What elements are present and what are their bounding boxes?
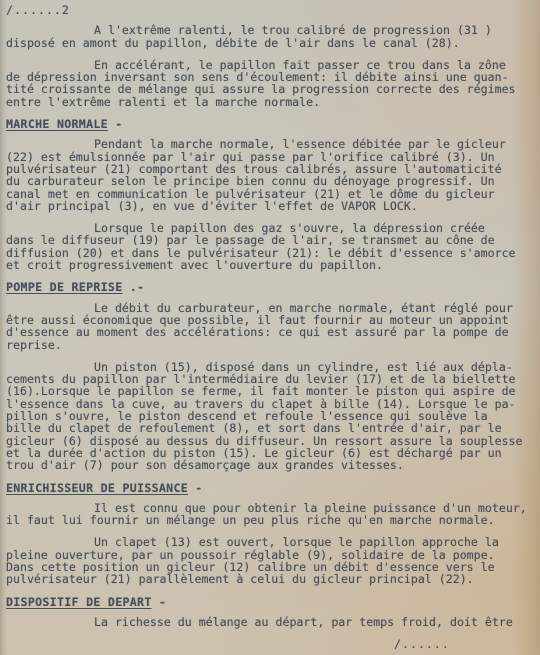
heading-marche-normale-label: MARCHE NORMALE [6,117,108,131]
heading-enrichisseur-de-puissance-dash: - [195,481,202,495]
paragraph-acceleration-progression: En accélérant, le papillon fait passer c… [6,59,534,108]
paragraph-piston-cylindre: Un piston (15), disposé dans un cylindre… [6,361,534,472]
heading-dispositif-de-depart-label: DISPOSITIF DE DEPART [6,595,152,609]
heading-enrichisseur-de-puissance: ENRICHISSEUR DE PUISSANCE - [6,482,534,494]
paragraph-extreme-ralenti: A l'extrême ralenti, le trou calibré de … [6,24,534,49]
heading-pompe-de-reprise: POMPE DE REPRISE .- [6,281,534,293]
paragraph-pleine-puissance: Il est connu que pour obtenir la pleine … [6,502,534,527]
heading-enrichisseur-de-puissance-label: ENRICHISSEUR DE PUISSANCE [6,481,188,495]
page-continuation-marker-bottom: /...... [6,638,534,650]
heading-pompe-de-reprise-label: POMPE DE REPRISE [6,280,122,294]
heading-marche-normale: MARCHE NORMALE - [6,118,534,130]
paragraph-marche-normale-gicleur: Pendant la marche normale, l'essence déb… [6,138,534,212]
heading-dispositif-de-depart: DISPOSITIF DE DEPART - [6,596,534,608]
heading-marche-normale-dash: - [115,117,122,131]
paragraph-richesse-melange-depart: La richesse du mélange au départ, par te… [6,616,534,628]
paragraph-papillon-depression: Lorsque le papillon des gaz s'ouvre, la … [6,222,534,271]
paragraph-clapet-poussoir: Un clapet (13) est ouvert, lorsque le pa… [6,536,534,585]
heading-pompe-de-reprise-dash: .- [130,280,145,294]
page-continuation-marker-top: /......2 [6,4,534,16]
paragraph-debit-carburateur: Le débit du carburateur, en marche norma… [6,302,534,351]
heading-dispositif-de-depart-dash: - [159,595,166,609]
